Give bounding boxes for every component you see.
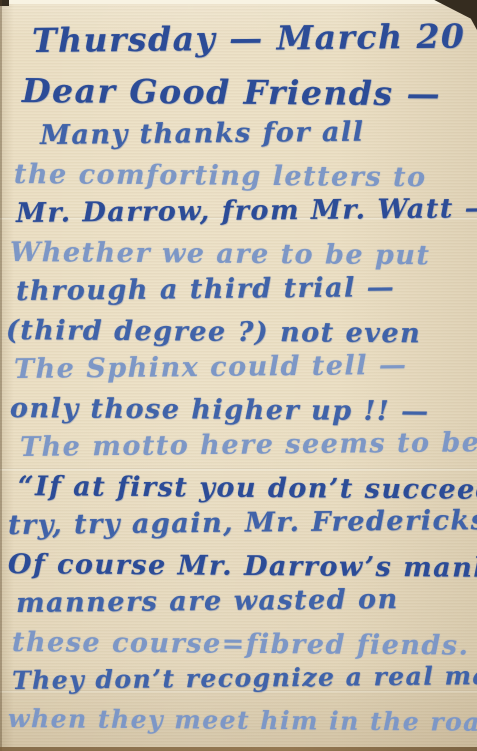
scan-bottom-edge (0, 747, 477, 751)
letter-line: manners are wasted on (16, 579, 475, 623)
letter-line: through a third trial — (16, 267, 475, 311)
letter-line: The motto here seems to be: (20, 423, 475, 467)
letter-line: They don’t recognize a real man (12, 657, 475, 700)
letter-line: The Sphinx could tell — (14, 345, 475, 389)
letter-line-date: Thursday — March 20 — (32, 11, 475, 66)
scanned-letter-page: Thursday — March 20 — Dear Good Friends … (0, 0, 477, 751)
letter-line: Mr. Darrow, from Mr. Watt — (16, 189, 475, 233)
letter-line: try, try again, Mr. Fredericks.” (8, 501, 475, 545)
letter-text: Thursday — March 20 — Dear Good Friends … (0, 0, 477, 738)
letter-line: Many thanks for all (40, 111, 475, 155)
letter-line: when they meet him in the road . (8, 700, 475, 742)
